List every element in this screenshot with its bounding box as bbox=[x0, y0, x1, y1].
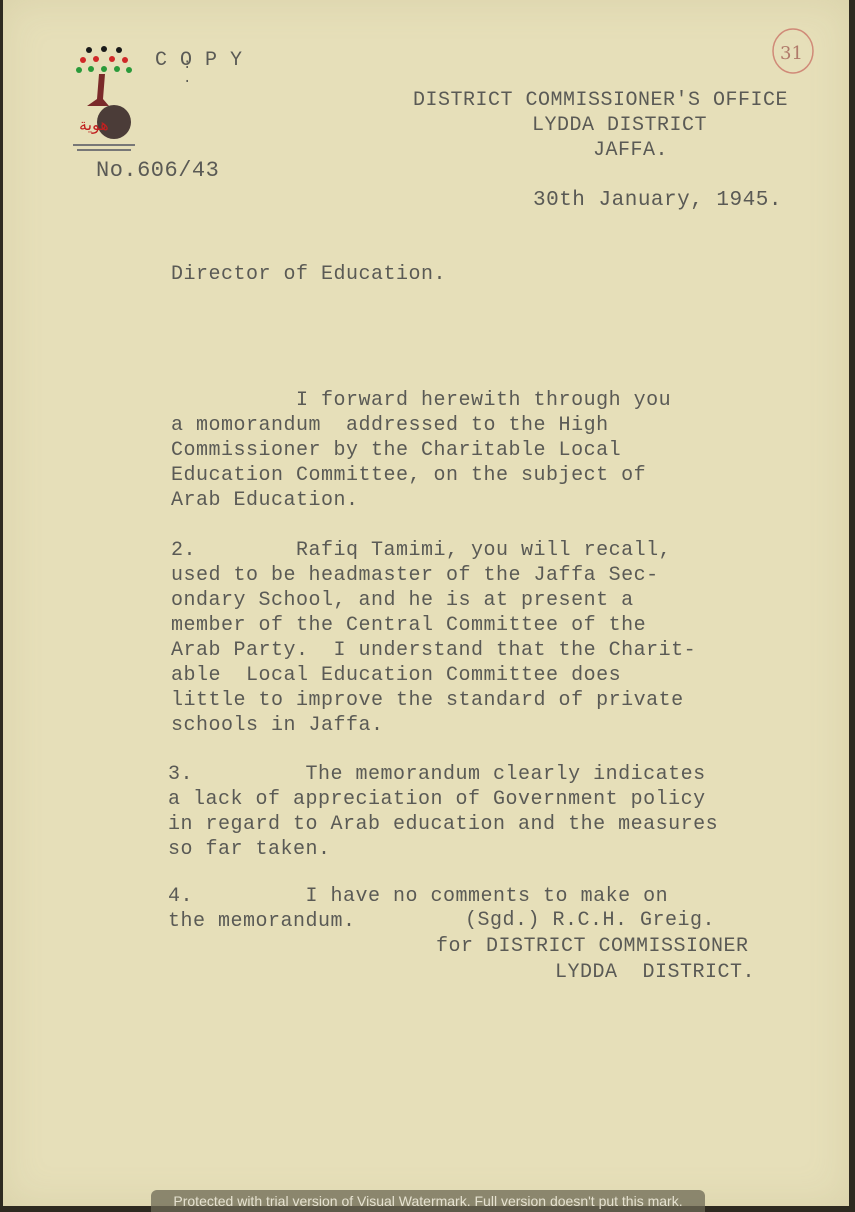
reference-number: No.606/43 bbox=[96, 158, 219, 183]
archive-logo-icon: هوية bbox=[69, 44, 139, 156]
signature-name: (Sgd.) R.C.H. Greig. bbox=[465, 908, 715, 933]
district-name: LYDDA DISTRICT bbox=[532, 113, 707, 138]
margin-dots: : . bbox=[183, 58, 192, 86]
signature-district: LYDDA DISTRICT. bbox=[555, 960, 755, 985]
svg-text:هوية: هوية bbox=[79, 115, 109, 135]
svg-text:31: 31 bbox=[780, 43, 803, 64]
signature-title: for DISTRICT COMMISSIONER bbox=[436, 934, 749, 959]
trial-watermark: Protected with trial version of Visual W… bbox=[151, 1190, 705, 1212]
office-name: DISTRICT COMMISSIONER'S OFFICE bbox=[413, 88, 788, 113]
document-page: هوية C O P Y : . No.606/43 DISTRICT COMM… bbox=[3, 0, 849, 1206]
addressee: Director of Education. bbox=[171, 262, 446, 287]
letter-date: 30th January, 1945. bbox=[533, 188, 782, 213]
page-number-stamp-icon: 31 bbox=[769, 24, 817, 76]
city-name: JAFFA. bbox=[593, 138, 668, 163]
copy-label: C O P Y bbox=[155, 48, 243, 73]
